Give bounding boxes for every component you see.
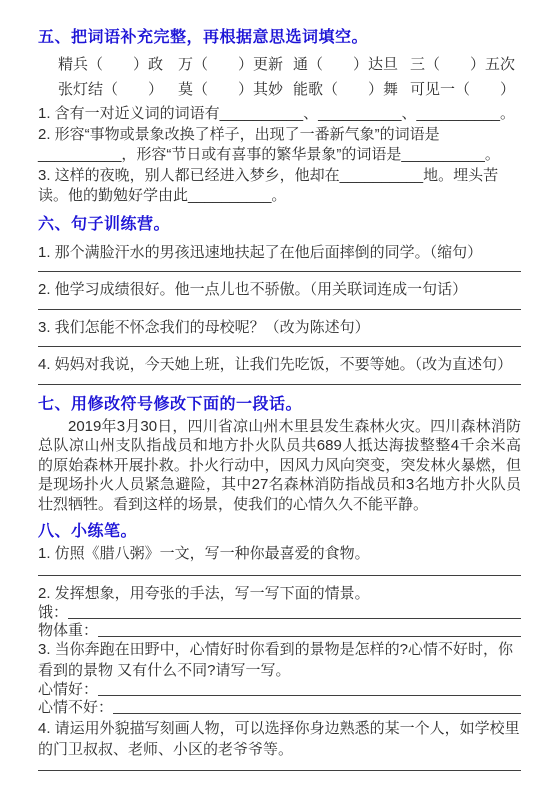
word-blank: 通（ ）达旦 — [293, 52, 410, 77]
word-blank: 莫（ ）其妙 — [178, 77, 293, 102]
word-completion-grid: 精兵（ ）政 万（ ）更新 通（ ）达旦 三（ ）五次 张灯结（ ） 莫（ ）其… — [58, 52, 521, 102]
question-6-2: 2. 他学习成绩很好。他一点儿也不骄傲。（用关联词连成一句话） — [38, 280, 521, 301]
answer-line — [38, 376, 521, 385]
question-8-3: 3. 当你奔跑在田野中，心情好时你看到的景物是怎样的?心情不好时，你看到的景物 … — [38, 640, 521, 681]
blank-label: 饿： — [38, 604, 68, 622]
section-five: 五、把词语补充完整，再根据意思选词填空。 精兵（ ）政 万（ ）更新 通（ ）达… — [38, 28, 521, 207]
sentence-item: 2. 他学习成绩很好。他一点儿也不骄傲。（用关联词连成一句话） — [38, 280, 521, 310]
question-5-1: 1. 含有一对近义词的词语有__________、__________、____… — [38, 104, 521, 125]
blank-row-good-mood: 心情好： — [38, 681, 521, 699]
word-blank: 能歌（ ）舞 — [293, 77, 410, 102]
word-blank: 精兵（ ）政 — [58, 52, 178, 77]
blank-row-heavy: 物体重： — [38, 622, 521, 640]
word-blank: 可见一（ ） — [410, 77, 521, 102]
word-blank: 万（ ）更新 — [178, 52, 293, 77]
answer-line — [113, 713, 521, 714]
blank-row-bad-mood: 心情不好： — [38, 699, 521, 717]
question-8-1: 1. 仿照《腊八粥》一文，写一种你最喜爱的食物。 — [38, 544, 521, 565]
section-five-title: 五、把词语补充完整，再根据意思选词填空。 — [38, 28, 521, 48]
blank-row-hungry: 饿： — [38, 604, 521, 622]
question-6-4: 4. 妈妈对我说，今天她上班，让我们先吃饭，不要等她。（改为直述句） — [38, 355, 521, 376]
question-5-2: 2. 形容“事物或景象改换了样子，出现了一番新气象”的词语是__________… — [38, 125, 521, 166]
answer-line — [38, 760, 521, 771]
section-six: 六、句子训练营。 1. 那个满脸汗水的男孩迅速地扶起了在他后面摔倒的同学。（缩句… — [38, 215, 521, 385]
blank-label: 心情好： — [38, 681, 98, 699]
answer-line — [68, 618, 521, 619]
sentence-item: 3. 我们怎能不怀念我们的母校呢？（改为陈述句） — [38, 318, 521, 348]
blank-label: 心情不好： — [38, 699, 113, 717]
question-6-3: 3. 我们怎能不怀念我们的母校呢？（改为陈述句） — [38, 318, 521, 339]
answer-line — [38, 565, 521, 576]
answer-line — [38, 338, 521, 347]
word-blank: 张灯结（ ） — [58, 77, 178, 102]
worksheet-page: 五、把词语补充完整，再根据意思选词填空。 精兵（ ）政 万（ ）更新 通（ ）达… — [0, 0, 555, 785]
question-6-1: 1. 那个满脸汗水的男孩迅速地扶起了在他后面摔倒的同学。（缩句） — [38, 243, 521, 264]
section-seven: 七、用修改符号修改下面的一段话。 2019年3月30日，四川省凉山州木里县发生森… — [38, 395, 521, 515]
answer-line — [38, 263, 521, 272]
answer-line — [38, 301, 521, 310]
answer-line — [98, 695, 521, 696]
section-eight-title: 八、小练笔。 — [38, 522, 521, 542]
section-six-title: 六、句子训练营。 — [38, 215, 521, 235]
question-5-3: 3. 这样的夜晚，别人都已经进入梦乡，他却在__________地。埋头苦读。他… — [38, 166, 521, 207]
sentence-item: 4. 妈妈对我说，今天她上班，让我们先吃饭，不要等她。（改为直述句） — [38, 355, 521, 385]
question-8-2: 2. 发挥想象，用夸张的手法，写一写下面的情景。 — [38, 584, 521, 605]
sentence-item: 1. 那个满脸汗水的男孩迅速地扶起了在他后面摔倒的同学。（缩句） — [38, 243, 521, 273]
section-eight: 八、小练笔。 1. 仿照《腊八粥》一文，写一种你最喜爱的食物。 2. 发挥想象，… — [38, 522, 521, 771]
blank-label: 物体重： — [38, 622, 98, 640]
word-blank: 三（ ）五次 — [410, 52, 521, 77]
answer-line — [98, 636, 521, 637]
correction-paragraph: 2019年3月30日，四川省凉山州木里县发生森林火灾。四川森林消防总队凉山州支队… — [38, 417, 521, 515]
section-seven-title: 七、用修改符号修改下面的一段话。 — [38, 395, 521, 415]
question-8-4: 4. 请运用外貌描写刻画人物，可以选择你身边熟悉的某一个人，如学校里的门卫叔叔、… — [38, 719, 521, 760]
